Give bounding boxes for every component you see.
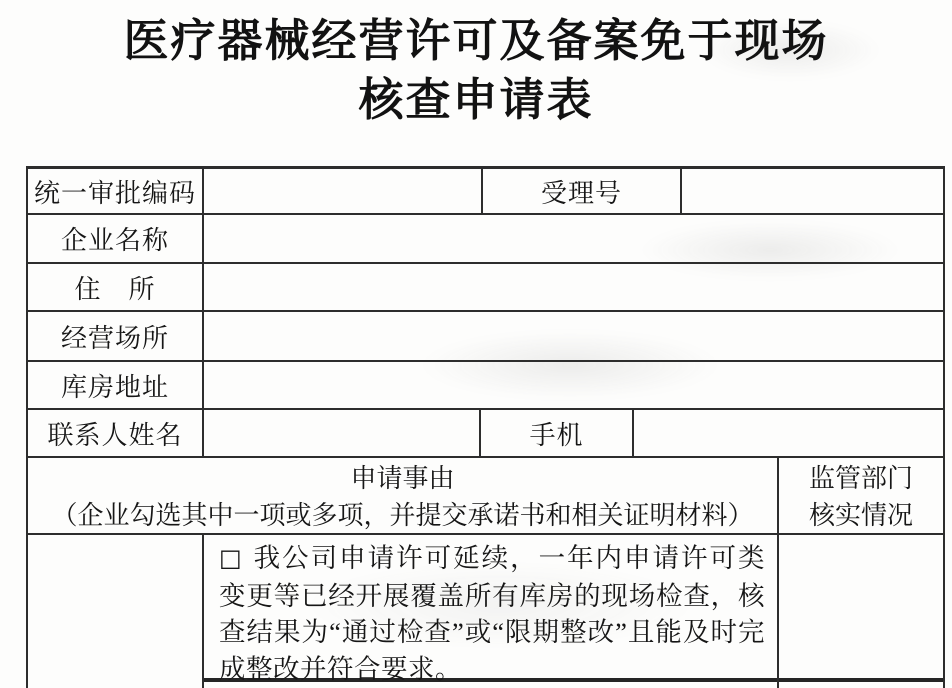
checkbox-icon: □ xyxy=(219,540,242,577)
field-label-residence: 住 所 xyxy=(28,264,204,310)
supervision-result-empty xyxy=(779,535,943,682)
table-row: □我公司申请许可延续，一年内申请许可类变更等已经开展覆盖所有库房的现场检查，核查… xyxy=(28,535,943,688)
supervision-result-cell xyxy=(779,535,943,688)
field-value-approval-code xyxy=(204,169,483,213)
application-form-table: 统一审批编码 受理号 企业名称 住 所 经营场所 库房地址 联系人姓名 xyxy=(26,166,945,688)
application-reason-subtitle: （企业勾选其中一项或多项，并提交承诺书和相关证明材料） xyxy=(51,497,753,534)
table-row: 住 所 xyxy=(28,264,943,312)
form-title: 医疗器械经营许可及备案免于现场 核查申请表 xyxy=(0,12,952,130)
scanned-form-page: 医疗器械经营许可及备案免于现场 核查申请表 统一审批编码 受理号 企业名称 住 … xyxy=(0,0,952,688)
field-value-acceptance-no xyxy=(682,169,943,213)
field-value-mobile xyxy=(634,410,943,456)
table-row: 企业名称 xyxy=(28,215,943,264)
field-label-approval-code: 统一审批编码 xyxy=(28,169,204,213)
table-row: 申请事由 （企业勾选其中一项或多项，并提交承诺书和相关证明材料） 监管部门 核实… xyxy=(28,458,943,535)
reason-option-cell: □我公司申请许可延续，一年内申请许可类变更等已经开展覆盖所有库房的现场检查，核查… xyxy=(204,535,779,688)
field-label-business-premises: 经营场所 xyxy=(28,312,204,360)
reason-row-left-cell xyxy=(28,535,204,688)
field-label-acceptance-no: 受理号 xyxy=(483,169,682,213)
field-label-mobile: 手机 xyxy=(481,410,634,456)
field-value-residence xyxy=(204,264,943,310)
table-row: 经营场所 xyxy=(28,312,943,362)
supervision-header-line2: 核实情况 xyxy=(809,497,913,534)
supervision-header-line1: 监管部门 xyxy=(809,460,913,497)
application-reason-header-cell: 申请事由 （企业勾选其中一项或多项，并提交承诺书和相关证明材料） xyxy=(28,458,779,533)
form-title-line1: 医疗器械经营许可及备案免于现场 xyxy=(0,12,952,71)
table-row: 联系人姓名 手机 xyxy=(28,410,943,458)
field-value-contact-name xyxy=(204,410,481,456)
form-title-line2: 核查申请表 xyxy=(0,71,952,130)
supervision-header-cell: 监管部门 核实情况 xyxy=(779,458,943,533)
table-row: 统一审批编码 受理号 xyxy=(28,169,943,215)
field-value-business-premises xyxy=(204,312,943,360)
reason-option-paragraph: □我公司申请许可延续，一年内申请许可类变更等已经开展覆盖所有库房的现场检查，核查… xyxy=(204,535,777,682)
field-label-warehouse-address: 库房地址 xyxy=(28,362,204,408)
field-label-enterprise-name: 企业名称 xyxy=(28,215,204,262)
application-reason-title: 申请事由 xyxy=(350,460,454,497)
field-value-enterprise-name xyxy=(204,215,943,262)
reason-option-text: 我公司申请许可延续，一年内申请许可类变更等已经开展覆盖所有库房的现场检查，核查结… xyxy=(219,543,765,684)
table-row: 库房地址 xyxy=(28,362,943,410)
field-label-contact-name: 联系人姓名 xyxy=(28,410,204,456)
field-value-warehouse-address xyxy=(204,362,943,408)
